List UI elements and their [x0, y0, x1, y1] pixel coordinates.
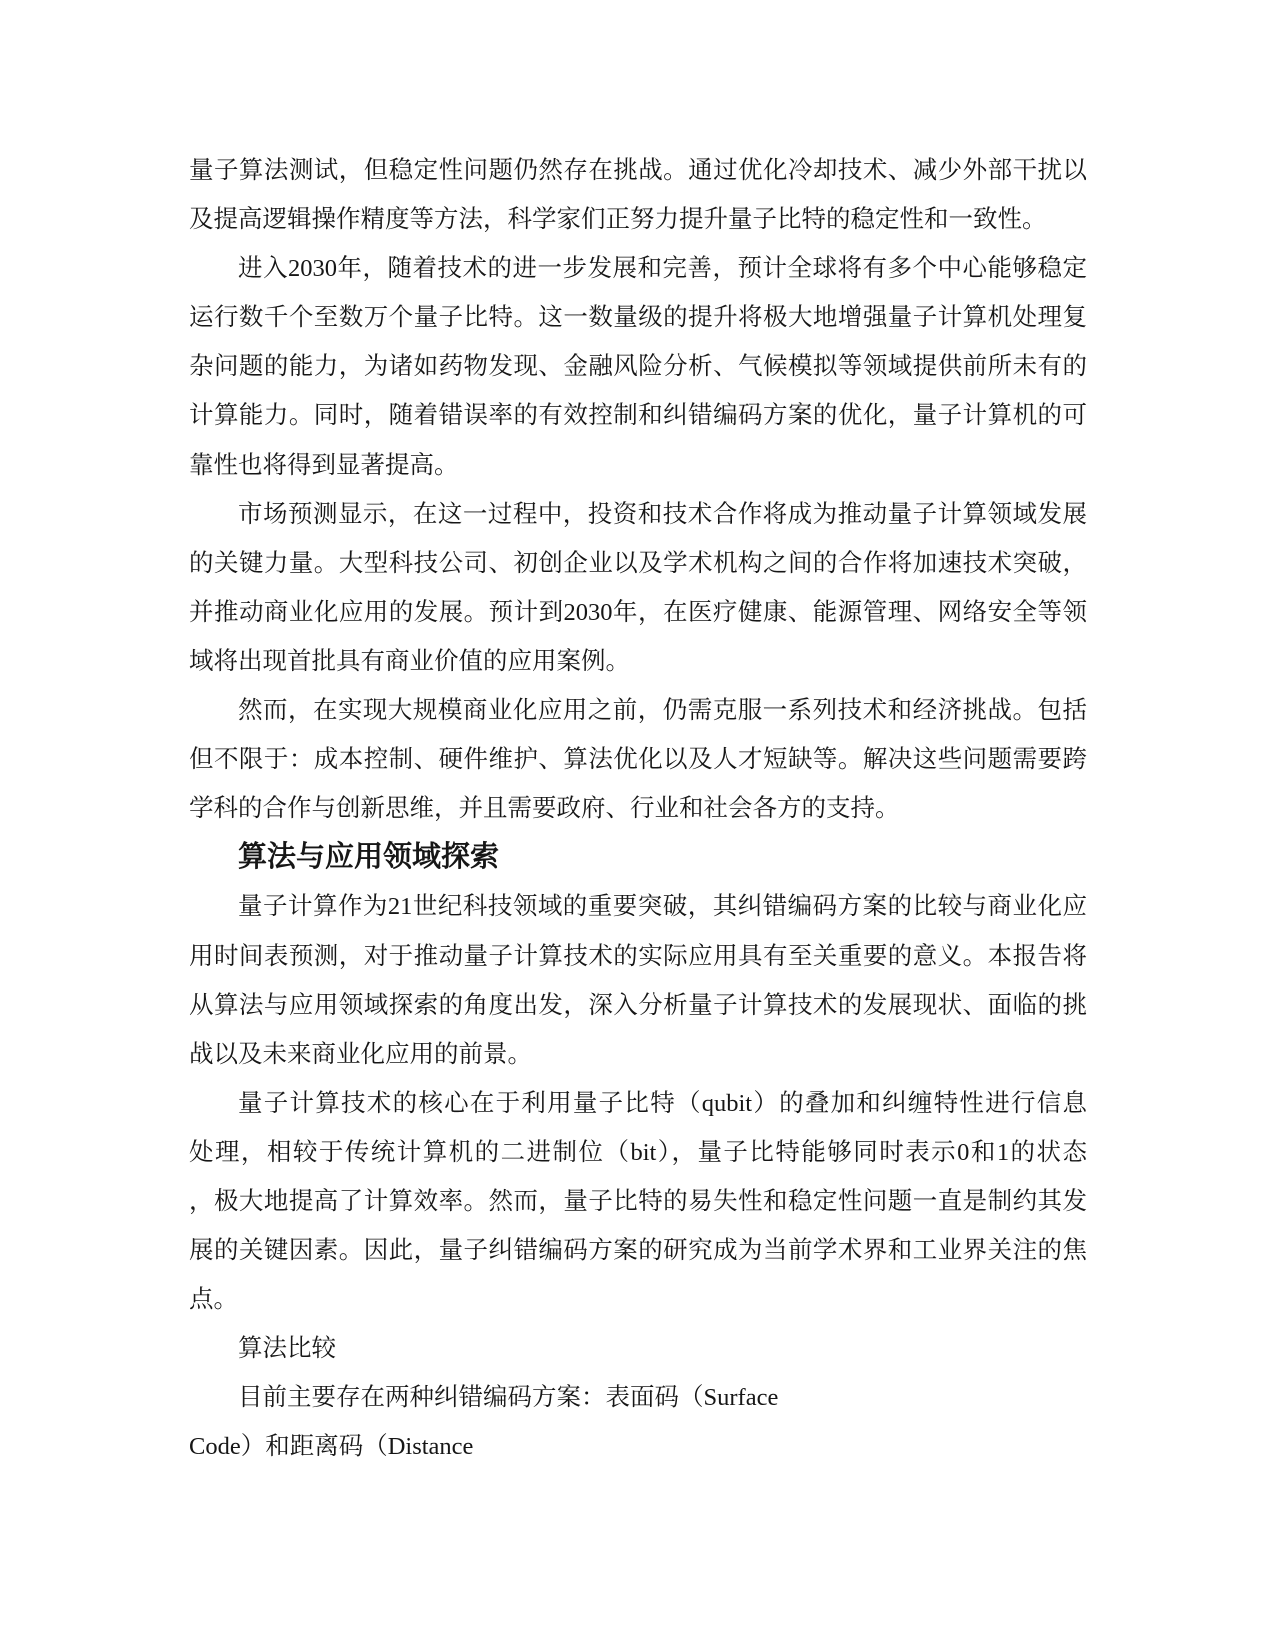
body-text-line: 从算法与应用领域探索的角度出发，深入分析量子计算技术的发展现状、面临的挑	[189, 981, 1087, 1030]
document-page: 量子算法测试，但稳定性问题仍然存在挑战。通过优化冷却技术、减少外部干扰以 及提高…	[0, 0, 1275, 1650]
body-text-line: 然而，在实现大规模商业化应用之前，仍需克服一系列技术和经济挑战。包括	[189, 686, 1087, 735]
body-text-line: 杂问题的能力，为诸如药物发现、金融风险分析、气候模拟等领域提供前所未有的	[189, 342, 1087, 391]
body-text-line: 用时间表预测，对于推动量子计算技术的实际应用具有至关重要的意义。本报告将	[189, 932, 1087, 981]
body-text-line: 量子计算技术的核心在于利用量子比特（qubit）的叠加和纠缠特性进行信息	[189, 1079, 1087, 1128]
body-text-line: 计算能力。同时，随着错误率的有效控制和纠错编码方案的优化，量子计算机的可	[189, 391, 1087, 440]
body-text-line: 量子计算作为21世纪科技领域的重要突破，其纠错编码方案的比较与商业化应	[189, 882, 1087, 931]
body-text-line: 战以及未来商业化应用的前景。	[189, 1030, 1087, 1079]
document-body: 量子算法测试，但稳定性问题仍然存在挑战。通过优化冷却技术、减少外部干扰以 及提高…	[189, 146, 1087, 1472]
section-heading: 算法与应用领域探索	[189, 833, 1087, 882]
body-text-line: 量子算法测试，但稳定性问题仍然存在挑战。通过优化冷却技术、减少外部干扰以	[189, 146, 1087, 195]
body-text-line: 市场预测显示，在这一过程中，投资和技术合作将成为推动量子计算领域发展	[189, 490, 1087, 539]
subsection-title: 算法比较	[189, 1324, 1087, 1373]
body-text-line: ，极大地提高了计算效率。然而，量子比特的易失性和稳定性问题一直是制约其发	[189, 1177, 1087, 1226]
body-text-line: 的关键力量。大型科技公司、初创企业以及学术机构之间的合作将加速技术突破，	[189, 539, 1087, 588]
body-text-line: 进入2030年，随着技术的进一步发展和完善，预计全球将有多个中心能够稳定	[189, 244, 1087, 293]
body-text-line: 展的关键因素。因此，量子纠错编码方案的研究成为当前学术界和工业界关注的焦	[189, 1226, 1087, 1275]
body-text-line: 但不限于：成本控制、硬件维护、算法优化以及人才短缺等。解决这些问题需要跨	[189, 735, 1087, 784]
body-text-line: 点。	[189, 1275, 1087, 1324]
body-text-line: 并推动商业化应用的发展。预计到2030年，在医疗健康、能源管理、网络安全等领	[189, 588, 1087, 637]
body-text-line: 及提高逻辑操作精度等方法，科学家们正努力提升量子比特的稳定性和一致性。	[189, 195, 1087, 244]
body-text-line: 靠性也将得到显著提高。	[189, 441, 1087, 490]
body-text-line: Code）和距离码（Distance	[189, 1422, 1087, 1471]
body-text-line: 运行数千个至数万个量子比特。这一数量级的提升将极大地增强量子计算机处理复	[189, 293, 1087, 342]
body-text-line: 目前主要存在两种纠错编码方案：表面码（Surface	[189, 1373, 1087, 1422]
body-text-line: 处理，相较于传统计算机的二进制位（bit），量子比特能够同时表示0和1的状态	[189, 1128, 1087, 1177]
body-text-line: 学科的合作与创新思维，并且需要政府、行业和社会各方的支持。	[189, 784, 1087, 833]
body-text-line: 域将出现首批具有商业价值的应用案例。	[189, 637, 1087, 686]
